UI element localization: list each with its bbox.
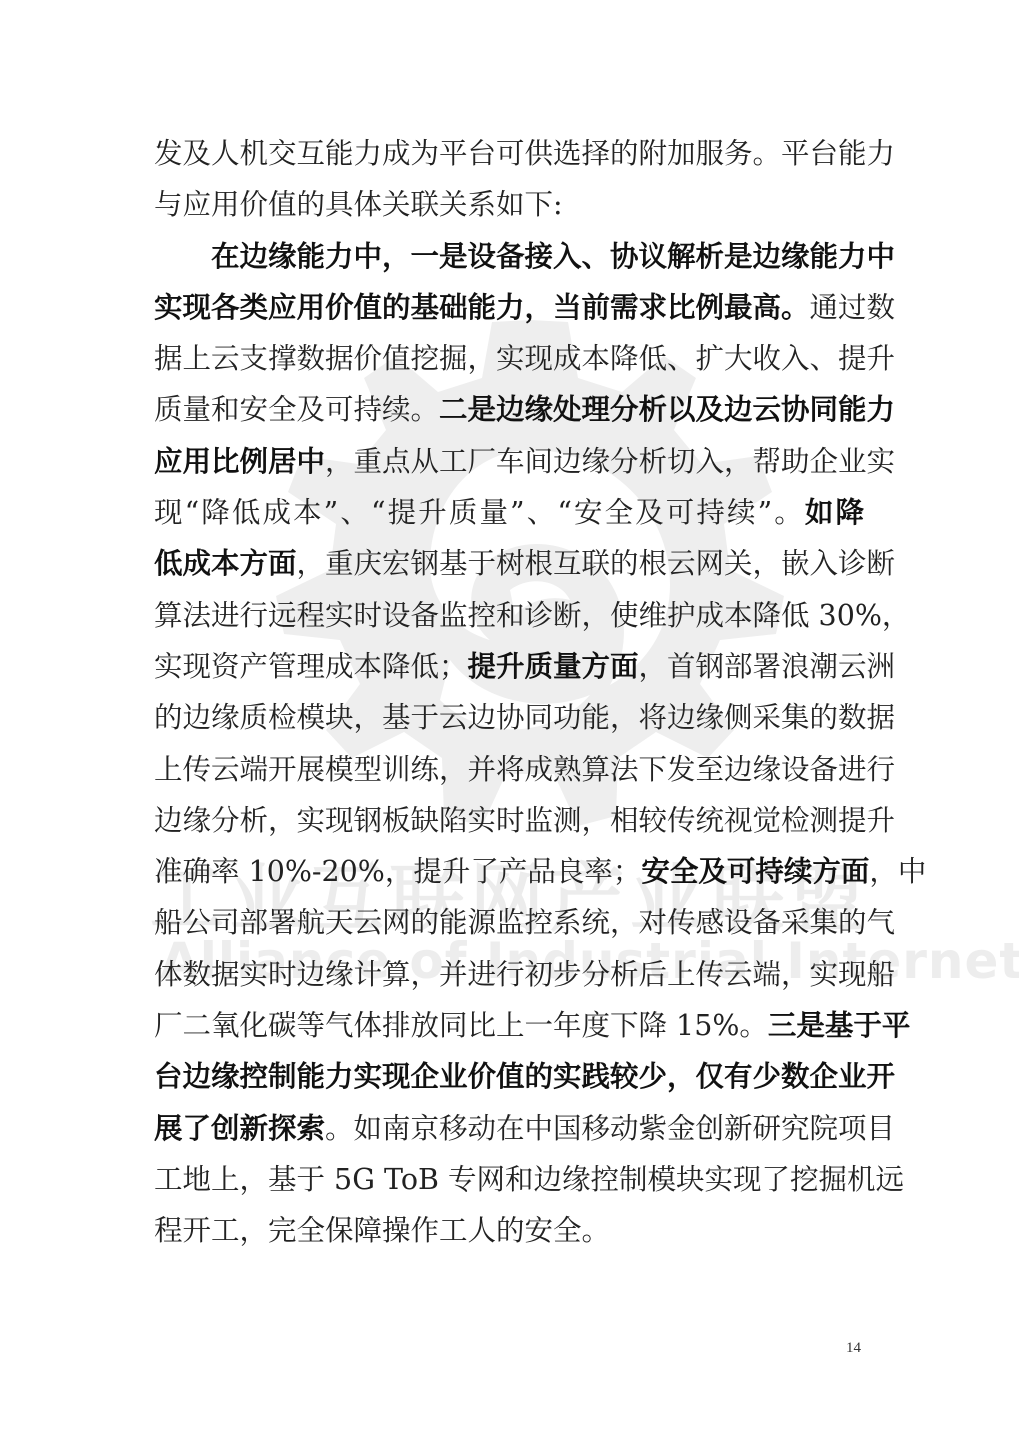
bold-text-segment: 应用比例居中 — [154, 445, 325, 478]
text-line: 在边缘能力中，一是设备接入、协议解析是边缘能力中 — [154, 231, 864, 282]
text-line: 实现资产管理成本降低；提升质量方面，首钢部署浪潮云洲 — [154, 641, 864, 692]
text-segment: 边缘分析，实现钢板缺陷实时监测，相较传统视觉检测提升 — [154, 804, 895, 837]
text-segment: 体数据实时边缘计算，并进行初步分析后上传云端，实现船 — [154, 958, 895, 991]
text-segment: ，重点从工厂车间边缘分析切入，帮助企业实 — [325, 445, 895, 478]
text-line: 程开工，完全保障操作工人的安全。 — [154, 1205, 864, 1256]
bold-text-segment: 实现各类应用价值的基础能力，当前需求比例最高。 — [154, 291, 810, 324]
page-number: 14 — [846, 1340, 861, 1357]
text-line: 展了创新探索。如南京移动在中国移动紫金创新研究院项目 — [154, 1103, 864, 1154]
text-line: 实现各类应用价值的基础能力，当前需求比例最高。通过数 — [154, 282, 864, 333]
bold-text-segment: 在边缘能力中，一是设备接入、协议解析是边缘能力中 — [211, 240, 895, 273]
text-line: 工地上，基于 5G ToB 专网和边缘控制模块实现了挖掘机远 — [154, 1154, 864, 1205]
bold-text-segment: 台边缘控制能力实现企业价值的实践较少，仅有少数企业开 — [154, 1060, 895, 1093]
text-segment: 据上云支撑数据价值挖掘，实现成本降低、扩大收入、提升 — [154, 342, 895, 375]
text-line: 低成本方面，重庆宏钢基于树根互联的根云网关，嵌入诊断 — [154, 538, 864, 589]
text-segment: 通过数 — [810, 291, 896, 324]
bold-text-segment: 二是边缘处理分析以及边云协同能力 — [439, 393, 895, 426]
text-line: 体数据实时边缘计算，并进行初步分析后上传云端，实现船 — [154, 949, 864, 1000]
text-segment: 质量和安全及可持续。 — [154, 393, 439, 426]
text-line: 与应用价值的具体关联关系如下: — [154, 179, 864, 230]
text-line: 准确率 10%-20%，提升了产品良率；安全及可持续方面，中 — [154, 846, 864, 897]
text-line: 应用比例居中，重点从工厂车间边缘分析切入，帮助企业实 — [154, 436, 864, 487]
text-line: 的边缘质检模块，基于云边协同功能，将边缘侧采集的数据 — [154, 692, 864, 743]
text-segment: 准确率 10%-20%，提升了产品良率； — [154, 855, 641, 888]
text-line: 边缘分析，实现钢板缺陷实时监测，相较传统视觉检测提升 — [154, 795, 864, 846]
text-segment: 实现资产管理成本降低； — [154, 650, 468, 683]
text-segment: ，重庆宏钢基于树根互联的根云网关，嵌入诊断 — [297, 547, 896, 580]
text-line: 船公司部署航天云网的能源监控系统，对传感设备采集的气 — [154, 897, 864, 948]
document-page: 工业互联网产业联盟 Alliance of Industrial Interne… — [0, 0, 1019, 1440]
text-segment: 算法进行远程实时设备监控和诊断，使维护成本降低 30%， — [154, 599, 910, 632]
text-segment: 程开工，完全保障操作工人的安全。 — [154, 1214, 610, 1247]
bold-text-segment: 如降 — [805, 496, 864, 529]
text-segment: ，中 — [869, 855, 926, 888]
text-line: 台边缘控制能力实现企业价值的实践较少，仅有少数企业开 — [154, 1051, 864, 1102]
text-segment: 上传云端开展模型训练，并将成熟算法下发至边缘设备进行 — [154, 753, 895, 786]
text-segment: 现“降低成本”、“提升质量”、“安全及可持续”。 — [154, 496, 805, 529]
text-segment: 。如南京移动在中国移动紫金创新研究院项目 — [325, 1112, 895, 1145]
text-segment: 发及人机交互能力成为平台可供选择的附加服务。平台能力 — [154, 137, 895, 170]
bold-text-segment: 展了创新探索 — [154, 1112, 325, 1145]
text-segment: 工地上，基于 5G ToB 专网和边缘控制模块实现了挖掘机远 — [154, 1163, 904, 1196]
text-segment: ，首钢部署浪潮云洲 — [639, 650, 896, 683]
text-line: 现“降低成本”、“提升质量”、“安全及可持续”。如降 — [154, 487, 864, 538]
text-segment: 船公司部署航天云网的能源监控系统，对传感设备采集的气 — [154, 906, 895, 939]
text-line: 据上云支撑数据价值挖掘，实现成本降低、扩大收入、提升 — [154, 333, 864, 384]
text-line: 质量和安全及可持续。二是边缘处理分析以及边云协同能力 — [154, 384, 864, 435]
text-segment: 厂二氧化碳等气体排放同比上一年度下降 15%。 — [154, 1009, 768, 1042]
text-segment: 的边缘质检模块，基于云边协同功能，将边缘侧采集的数据 — [154, 701, 895, 734]
bold-text-segment: 低成本方面 — [154, 547, 297, 580]
text-line: 厂二氧化碳等气体排放同比上一年度下降 15%。三是基于平 — [154, 1000, 864, 1051]
text-line: 发及人机交互能力成为平台可供选择的附加服务。平台能力 — [154, 128, 864, 179]
body-paragraphs: 发及人机交互能力成为平台可供选择的附加服务。平台能力与应用价值的具体关联关系如下… — [154, 128, 864, 1257]
text-line: 算法进行远程实时设备监控和诊断，使维护成本降低 30%， — [154, 590, 864, 641]
bold-text-segment: 提升质量方面 — [468, 650, 639, 683]
text-segment: 与应用价值的具体关联关系如下: — [154, 188, 563, 221]
text-line: 上传云端开展模型训练，并将成熟算法下发至边缘设备进行 — [154, 744, 864, 795]
bold-text-segment: 安全及可持续方面 — [641, 855, 869, 888]
bold-text-segment: 三是基于平 — [768, 1009, 911, 1042]
